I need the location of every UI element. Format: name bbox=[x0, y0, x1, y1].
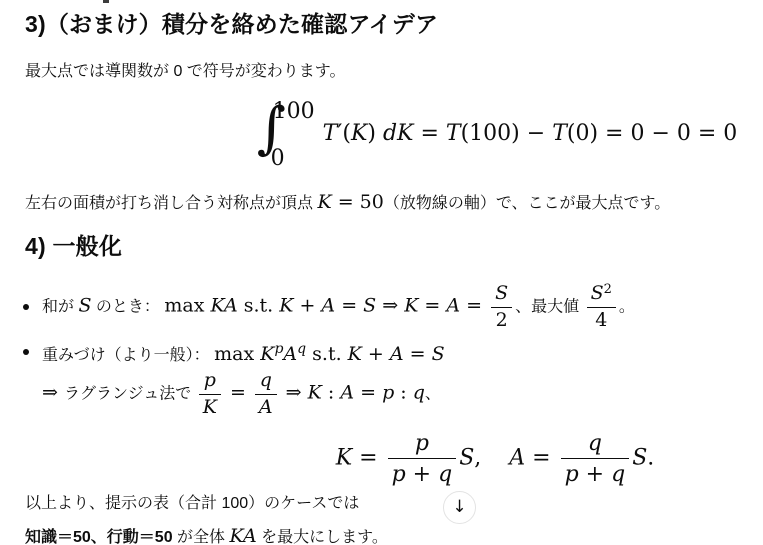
conclusion-paragraph: 以上より、提示の表（合計 100）のケースでは 知識＝50、行動＝50 が全体 … bbox=[25, 493, 745, 545]
bullet-weighted-line2: ⇒ ラグランジュ法で pK = qA ⇒ K : A = p : q、 bbox=[42, 370, 745, 419]
derivative-sign-paragraph: 最大点では導関数が 0 で符号が変わります。 bbox=[25, 61, 745, 83]
integral-lower-limit: 0 bbox=[271, 146, 285, 171]
allocation-formula-body: K = pp + qS,A = qp + qS. bbox=[336, 430, 655, 488]
conclusion-line2: 知識＝50、行動＝50 が全体 KA を最大にします。 bbox=[25, 524, 745, 545]
bullet-weighted-line1: 重みづけ（より一般）： max KpAq s.t. K + A = S bbox=[42, 337, 745, 368]
allocation-formula: K = pp + qS,A = qp + qS. bbox=[25, 430, 745, 482]
clipped-text-fragment bbox=[103, 0, 109, 3]
message-content: 3)（おまけ）積分を絡めた確認アイデア 最大点では導関数が 0 で符号が変わりま… bbox=[0, 9, 763, 545]
conclusion-line1: 以上より、提示の表（合計 100）のケースでは bbox=[25, 493, 745, 515]
integral-symbol: ∫ 100 0 bbox=[253, 97, 317, 169]
scroll-to-bottom-button[interactable]: ↓ bbox=[443, 491, 476, 524]
bullet-sum-case: 和が S のとき： max KA s.t. K + A = S ⇒ K = A … bbox=[25, 279, 745, 335]
generalization-list: 和が S のとき： max KA s.t. K + A = S ⇒ K = A … bbox=[25, 279, 745, 419]
symmetry-paragraph: 左右の面積が打ち消し合う対称点が頂点 K = 50（放物線の軸）で、ここが最大点… bbox=[25, 190, 745, 216]
integral-upper-limit: 100 bbox=[273, 99, 315, 124]
section-heading-3: 3)（おまけ）積分を絡めた確認アイデア bbox=[25, 9, 745, 40]
integral-formula-body: T′(K) dK = T(100) − T(0) = 0 − 0 = 0 bbox=[323, 120, 738, 146]
bullet-weighted-case: 重みづけ（より一般）： max KpAq s.t. K + A = S ⇒ ラグ… bbox=[25, 337, 745, 419]
integral-check-formula: ∫ 100 0 T′(K) dK = T(100) − T(0) = 0 − 0… bbox=[25, 97, 745, 171]
section-heading-4: 4) 一般化 bbox=[25, 231, 745, 262]
arrow-down-icon: ↓ bbox=[452, 499, 466, 516]
bullet-sum-case-text: 和が S のとき： max KA s.t. K + A = S ⇒ K = A … bbox=[42, 283, 635, 332]
